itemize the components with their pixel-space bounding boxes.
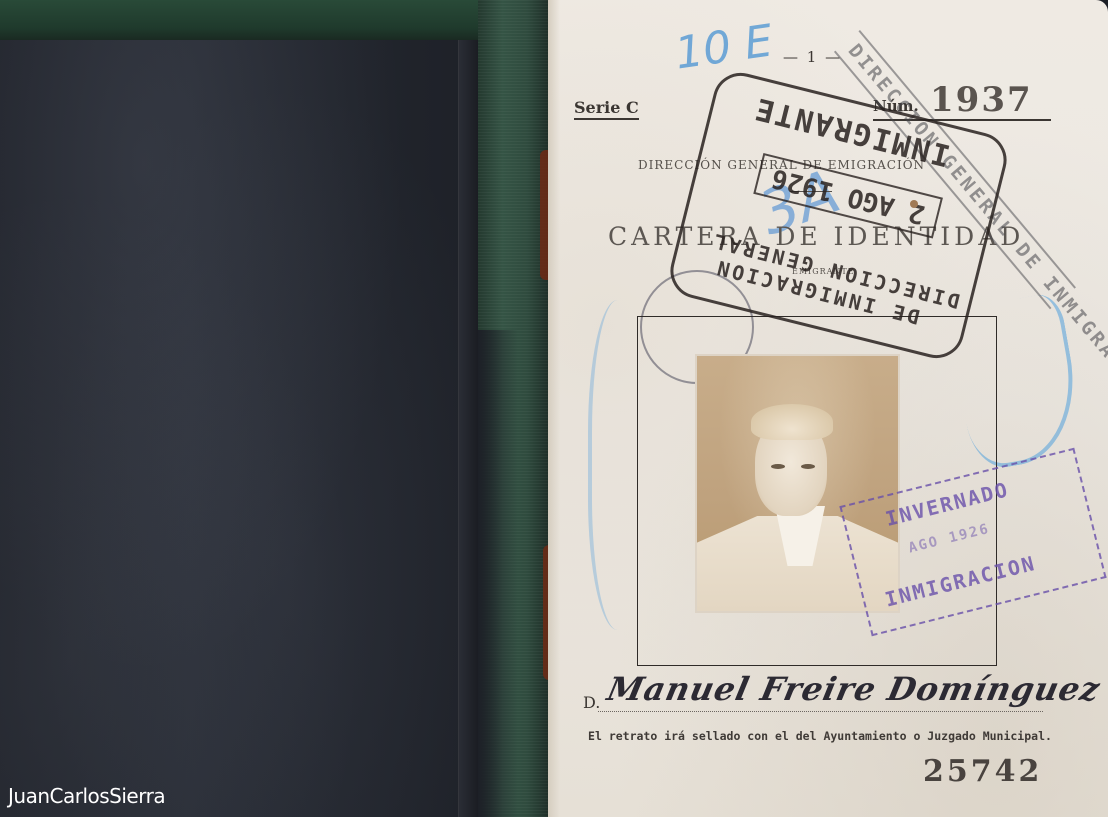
page-edge bbox=[548, 0, 560, 817]
holder-signature: Manuel Freire Domínguez bbox=[604, 670, 1104, 708]
spine-shadow bbox=[478, 330, 518, 817]
photo-seal-note: El retrato irá sellado con el del Ayunta… bbox=[580, 726, 1060, 746]
portrait-eye bbox=[801, 464, 815, 469]
name-dotted-line bbox=[598, 711, 1043, 712]
cover-top-band bbox=[0, 0, 478, 40]
serie-label: Serie C bbox=[574, 98, 639, 120]
portrait-hair bbox=[751, 404, 833, 440]
photographer-watermark: JuanCarlosSierra bbox=[8, 784, 165, 808]
portrait-eye bbox=[771, 464, 785, 469]
cover-inner-edge bbox=[458, 40, 479, 817]
serial-number: 25742 bbox=[923, 754, 1042, 789]
holder-prefix: D. bbox=[583, 693, 600, 712]
purple-stamp-line-2: AGO 1926 bbox=[907, 521, 992, 557]
stain-dot bbox=[910, 200, 918, 208]
stamp-date: 2 AGO 1926 bbox=[754, 153, 943, 238]
document-number: 1937 bbox=[930, 80, 1033, 120]
passport-cover bbox=[0, 0, 478, 817]
